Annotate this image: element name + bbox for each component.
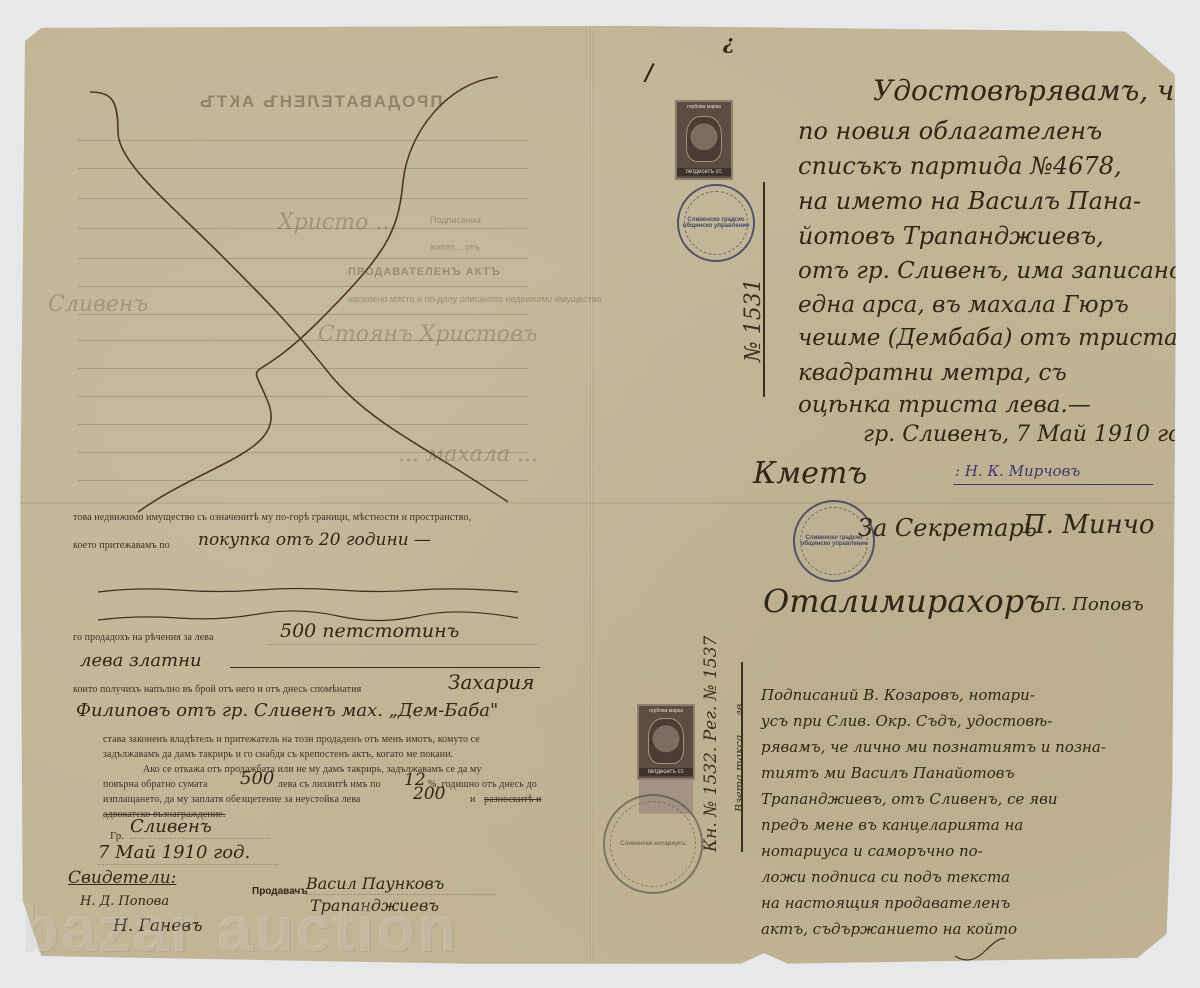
certificate-line: на името на Василъ Пана- — [798, 187, 1141, 215]
tax-collector-signature: П. Поповъ — [1045, 594, 1144, 615]
witnesses-heading: Свидетели: — [68, 868, 176, 888]
certificate-line: отъ гр. Сливенъ, има записано — [798, 258, 1183, 284]
handwritten-entry: покупка отъ 20 години — — [198, 530, 431, 550]
handwritten-entry: лева златни — [80, 650, 202, 671]
stamp-label: гербова марка — [649, 708, 683, 714]
struck-out-text: разноскитѣ и — [484, 794, 542, 805]
fill-line — [268, 644, 538, 653]
form-text-label: лева съ лихвитѣ имъ по — [278, 779, 381, 790]
seller-signature: Васил Паунковъ — [306, 874, 444, 893]
notary-line: тиятъ ми Василъ Панайотовъ — [761, 764, 1015, 782]
mayor-label: Кметъ — [753, 456, 867, 491]
stamp-denomination: петдесетъ ст. — [639, 768, 693, 776]
handwritten-place: Сливенъ — [130, 816, 212, 837]
notary-line: Подписаний В. Козаровъ, нотари- — [761, 686, 1035, 704]
form-text-label: които получихъ напълно въ брой отъ него … — [73, 684, 361, 695]
form-text-line: става законенъ владѣтель и притежатель н… — [103, 734, 480, 745]
filler-wavy-lines — [98, 562, 528, 622]
witness-signature: Н. Д. Попова — [80, 894, 169, 909]
revenue-stamp: гербова марка петдесетъ ст. — [675, 100, 733, 180]
stamp-label: гербова марка — [687, 104, 721, 110]
notary-line: Трапанджиевъ, отъ Сливенъ, се яви — [761, 790, 1058, 808]
handwritten-penalty: 200 — [413, 784, 445, 804]
secretary-label: За Секретарь — [858, 514, 1037, 542]
top-mark: ¿ — [723, 30, 735, 54]
cross-out-mark — [18, 22, 590, 522]
handwritten-sum: 500 — [240, 768, 274, 789]
certificate-line: чешме (Дембаба) отъ триста — [798, 325, 1178, 351]
tax-collector-label: Оталимирахоръ — [763, 582, 1045, 620]
margin-number: № 1531 — [741, 278, 766, 362]
form-text-line: това недвижимо имущество съ означенитѣ м… — [73, 512, 471, 523]
handwritten-buyer-address: Филиповъ отъ гр. Сливенъ мах. „Дем-Баба" — [76, 700, 498, 721]
right-page-certificates: ¿ / гербова марка петдесетъ ст. Сливенск… — [593, 22, 1184, 977]
notary-line: усъ при Слив. Окр. Съдъ, удостовѣ- — [761, 712, 1052, 730]
notary-line: предъ мене въ канцеларията на — [761, 816, 1023, 834]
signature-underline — [953, 484, 1153, 485]
certificate-line: йотовъ Трапанджиевъ, — [798, 222, 1104, 250]
form-text-label: изплащането, да му заплатя обезщетение з… — [103, 794, 360, 805]
coat-of-arms-icon — [686, 116, 722, 162]
document-sheet: ПРОДАВАТЕЛЕНЪ АКТЪ Подписаниа жител... о… — [18, 22, 1184, 977]
certificate-line: квадратни метра, съ — [798, 360, 1067, 386]
notary-seal: Сливенски нотариусъ — [603, 794, 703, 894]
notary-fee-note: Взета такса ... лв — [733, 704, 746, 812]
notary-line: на настоящия продавателенъ — [761, 894, 1010, 912]
notary-register-number: Кн. № 1532. Рег. № 1537 — [701, 636, 721, 852]
certificate-line: по новия облагателенъ — [798, 117, 1102, 145]
form-text-line: Ако се откажа отъ продажбата или не му д… — [143, 764, 481, 775]
certificate-line: една арса, въ махала Гюръ — [798, 292, 1129, 318]
handwritten-date: 7 Май 1910 год. — [98, 842, 250, 863]
place-label: Гр. — [110, 830, 124, 842]
revenue-stamp: гербова марка петдесетъ ст. — [637, 704, 695, 780]
stamp-denomination: петдесетъ ст. — [677, 168, 731, 176]
certificate-line: списъкъ партида №4678, — [798, 152, 1122, 180]
form-text-line: задължавамъ да дамъ такрирь и го снабдя … — [103, 749, 453, 760]
flourish-mark — [953, 934, 1013, 964]
handwritten-buyer-name: Захария — [448, 670, 535, 694]
certificate-line: оцѣнка триста лева.— — [798, 392, 1091, 418]
certificate-line: Удостовѣрявамъ, че — [873, 74, 1191, 107]
handwritten-price: 500 петстотинъ — [280, 620, 459, 642]
coat-of-arms-icon — [648, 718, 684, 764]
secretary-signature: П. Минчо — [1023, 510, 1155, 540]
left-page-form: ПРОДАВАТЕЛЕНЪ АКТЪ Подписаниа жител... о… — [18, 22, 590, 977]
municipal-seal: Сливенско градско общинско управление — [677, 184, 755, 262]
mayor-signature: : Н. К. Мирчовъ — [955, 462, 1080, 480]
notary-line: ложи подписа си подъ текста — [761, 868, 1010, 886]
witness-signature: Н. Ганевъ — [113, 916, 203, 936]
seller-signature: Трапанджиевъ — [310, 896, 439, 915]
notary-line: рявамъ, че лично ми познатиятъ и позна- — [761, 738, 1106, 756]
form-text-label: което притежавамъ по — [73, 540, 170, 551]
filler-line — [230, 667, 540, 668]
form-text-label: и — [470, 794, 475, 805]
certificate-date: гр. Сливенъ, 7 Май 1910 год. — [863, 422, 1200, 447]
notary-line: нотариуса и саморъчно по- — [761, 842, 983, 860]
seller-label: Продавачъ — [252, 886, 308, 897]
form-text-label: повърна обратно сумата — [103, 779, 208, 790]
form-text-label: го продадохъ на рѣчения за лева — [73, 632, 214, 643]
top-mark: / — [645, 60, 653, 86]
